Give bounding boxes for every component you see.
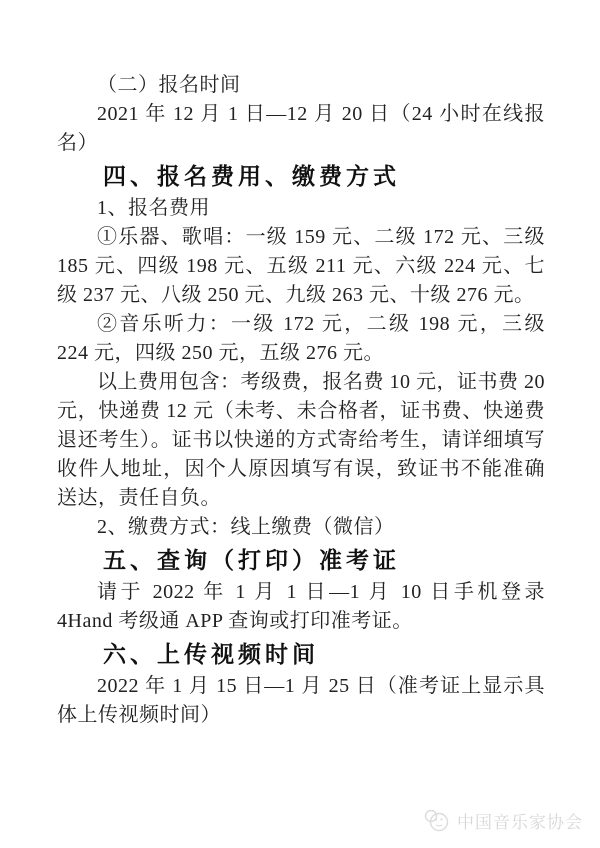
heading-section6-upload-video-time: 六、上传视频时间 (57, 636, 545, 672)
para-upload-video-details: 2022 年 1 月 15 日—1 月 25 日（准考证上显示具体上传视频时间） (57, 672, 545, 730)
watermark-footer: 中国音乐家协会 (423, 807, 583, 833)
para-fee-item-label: 1、报名费用 (57, 194, 545, 223)
heading-section4-fees-payment: 四、报名费用、缴费方式 (57, 158, 545, 194)
para-admission-ticket-details: 请于 2022 年 1 月 1 日—1 月 10 日手机登录 4Hand 考级通… (57, 578, 545, 636)
heading-section5-admission-ticket: 五、查询（打印）准考证 (57, 542, 545, 578)
para-registration-dates: 2021 年 12 月 1 日—12 月 20 日（24 小时在线报名） (57, 100, 545, 158)
para-instrument-vocal-fees: ①乐器、歌唱：一级 159 元、二级 172 元、三级 185 元、四级 198… (57, 223, 545, 310)
para-payment-method: 2、缴费方式：线上缴费（微信） (57, 513, 545, 542)
document-body: （二）报名时间 2021 年 12 月 1 日—12 月 20 日（24 小时在… (57, 71, 545, 730)
watermark-text: 中国音乐家协会 (457, 808, 583, 833)
para-section2-registration-time-title: （二）报名时间 (57, 71, 545, 100)
document-page: （二）报名时间 2021 年 12 月 1 日—12 月 20 日（24 小时在… (0, 0, 600, 848)
para-fee-inclusions-notes: 以上费用包含：考级费，报名费 10 元，证书费 20 元，快递费 12 元（未考… (57, 368, 545, 513)
musicians-association-logo-icon (423, 807, 451, 833)
para-music-listening-fees: ②音乐听力：一级 172 元，二级 198 元，三级 224 元，四级 250 … (57, 310, 545, 368)
